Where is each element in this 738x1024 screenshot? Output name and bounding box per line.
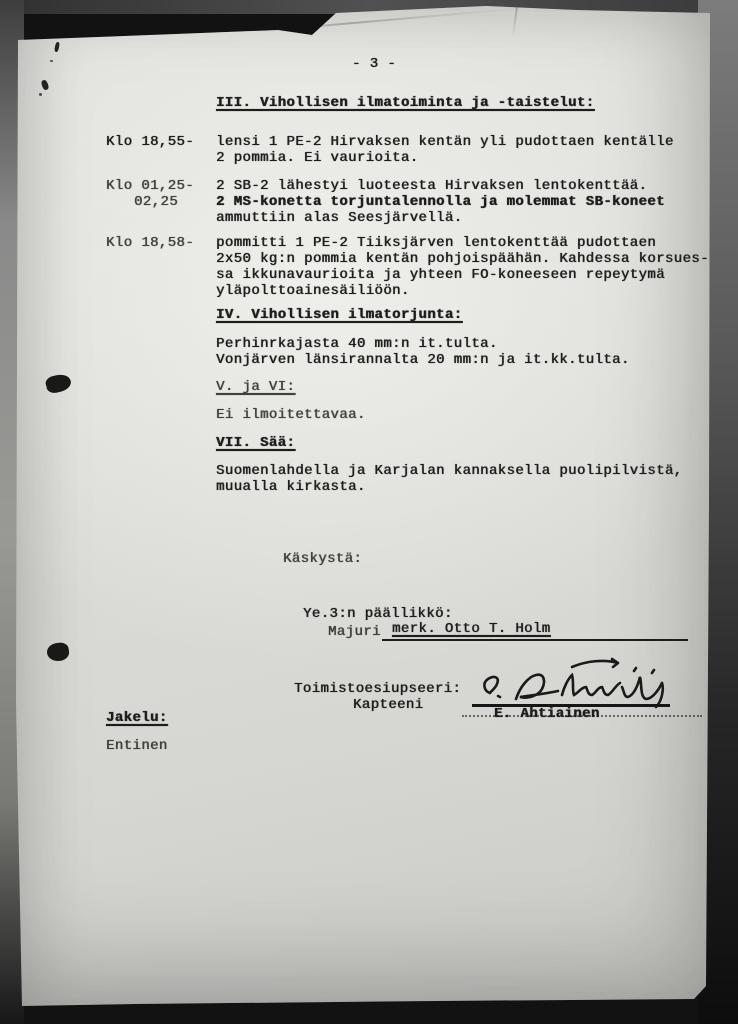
entry-text-line: 2 pommia. Ei vaurioita. xyxy=(216,150,418,166)
by-order-label: Käskystä: xyxy=(283,551,362,567)
hole-punch-mark xyxy=(46,642,70,663)
section-heading-iii: III. Vihollisen ilmatoiminta ja -taistel… xyxy=(216,95,594,111)
distribution-label: Jakelu: xyxy=(106,710,168,726)
distribution-value: Entinen xyxy=(106,738,168,754)
section-heading-v-vi: V. ja VI: xyxy=(216,379,295,395)
section-text-line: Suomenlahdella ja Karjalan kannaksella p… xyxy=(216,463,682,479)
entry-text-line: 2 SB-2 lähestyi luoteesta Hirvaksen lent… xyxy=(216,178,647,194)
section-text-line: muualla kirkasta. xyxy=(216,479,366,495)
ink-speck xyxy=(40,79,49,90)
entry-text-line: 2 MS-konetta torjuntalennolla ja molemma… xyxy=(216,194,665,210)
signed-name-text: merk. Otto T. Holm xyxy=(382,621,688,641)
signatory-role: Toimistoesiupseeri: xyxy=(294,681,461,697)
section-text-line: Perhinrkajasta 40 mm:n it.tulta. xyxy=(216,336,498,352)
section-heading-iv: IV. Vihollisen ilmatorjunta: xyxy=(216,307,462,323)
section-text-line: Ei ilmoitettavaa. xyxy=(216,407,366,423)
entry-time: Klo 18,55- xyxy=(106,134,194,150)
section-heading-vii: VII. Sää: xyxy=(216,435,295,451)
ink-speck xyxy=(50,60,53,62)
ink-speck xyxy=(54,42,60,53)
entry-text-line: ammuttiin alas Seesjärvellä. xyxy=(216,210,462,226)
entry-text-line: pommitti 1 PE-2 Tiiksjärven lentokenttää… xyxy=(216,235,656,251)
signatory-rank: Majuri xyxy=(328,624,381,640)
handwritten-signature-icon xyxy=(476,653,676,711)
section-text-line: Vonjärven länsirannalta 20 mm:n ja it.kk… xyxy=(216,352,630,368)
entry-time-end: 02,25 xyxy=(134,194,178,210)
signature-block: E. Ahtiainen xyxy=(462,657,708,731)
entry-text-line: yläpolttoainesäiliöön. xyxy=(216,283,410,299)
signatory-rank: Kapteeni xyxy=(353,697,423,713)
typed-signature-name: E. Ahtiainen xyxy=(494,706,600,722)
hole-punch-mark xyxy=(44,372,72,395)
signatory-role: Ye.3:n päällikkö: xyxy=(303,606,453,622)
entry-time: Klo 01,25- xyxy=(106,178,194,194)
page-number: - 3 - xyxy=(352,56,396,72)
scanned-document-page: - 3 - III. Vihollisen ilmatoiminta ja -t… xyxy=(16,4,712,1006)
signatory-name: merk. Otto T. Holm xyxy=(382,621,688,641)
entry-time: Klo 18,58- xyxy=(106,235,194,251)
entry-text-line: sa ikkunavaurioita ja yhteen FO-koneesee… xyxy=(216,267,665,283)
entry-text-line: lensi 1 PE-2 Hirvaksen kentän yli pudott… xyxy=(216,134,674,150)
ink-speck xyxy=(39,93,42,96)
entry-text-line: 2x50 kg:n pommia kentän pohjoispäähän. K… xyxy=(216,251,709,267)
